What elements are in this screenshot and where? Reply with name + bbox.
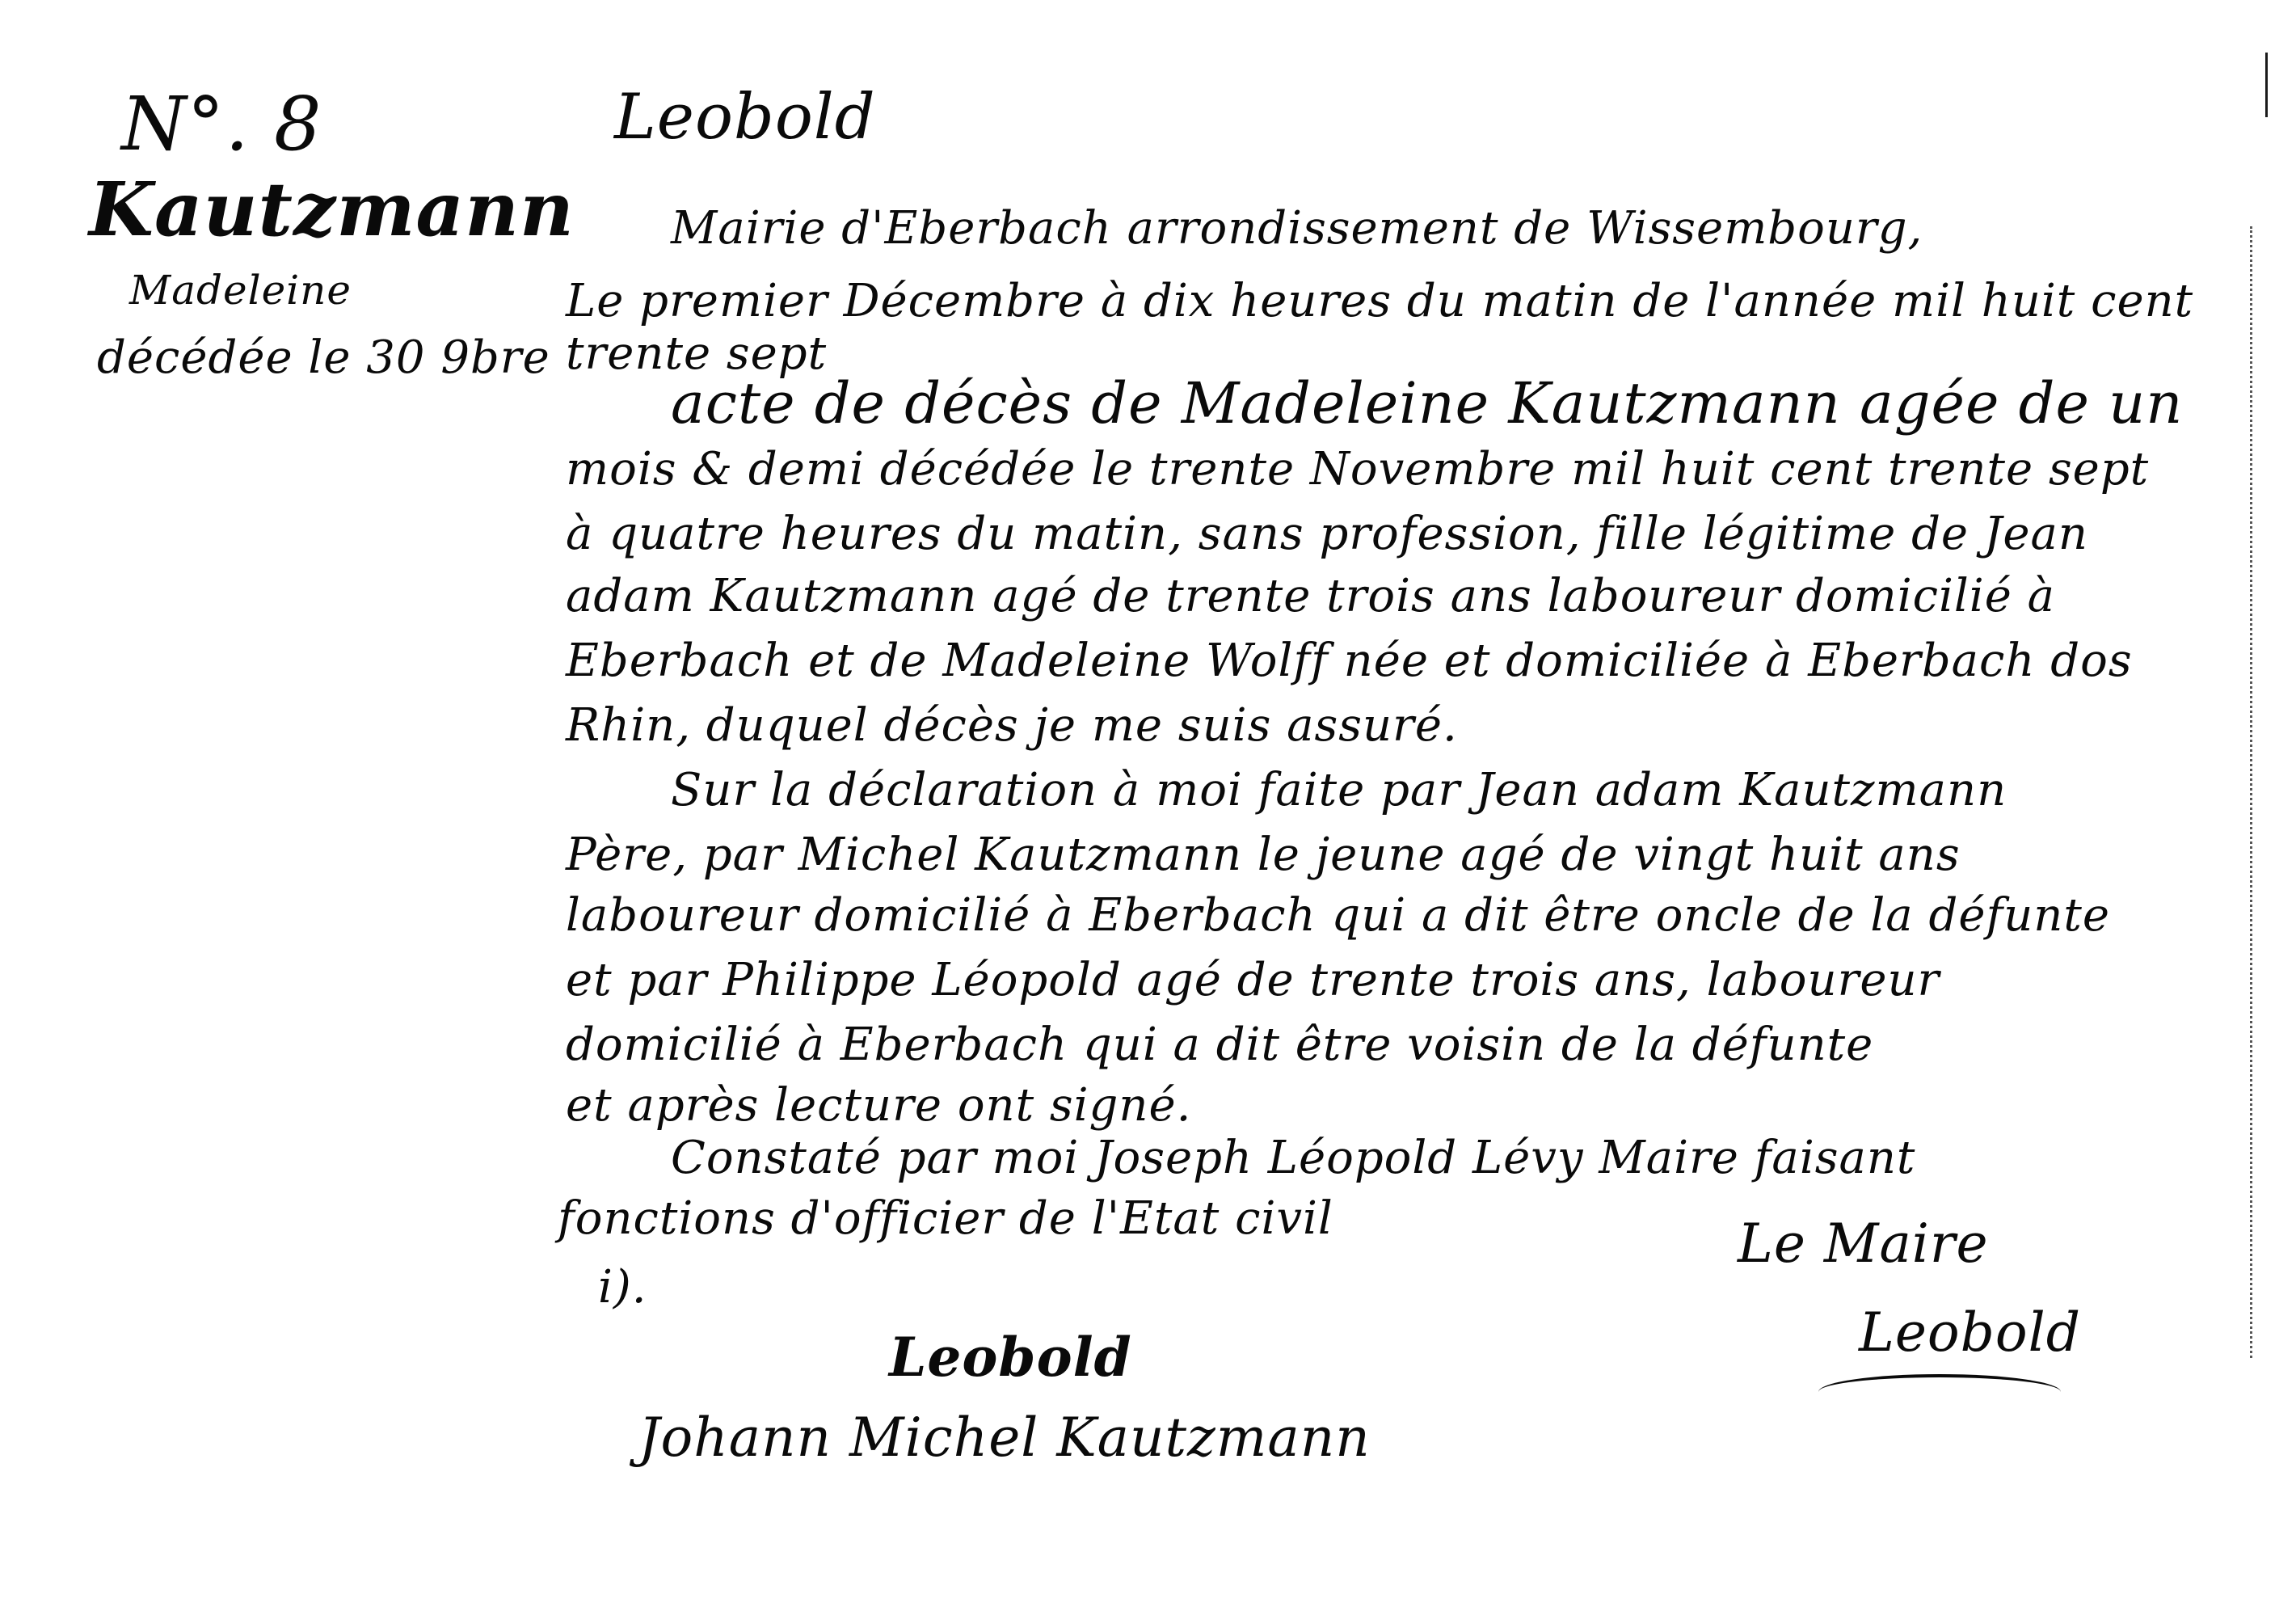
body-line-5: mois & demi décédée le trente Novembre m… <box>566 443 2149 496</box>
margin-death-date: décédée le 30 9bre <box>97 331 550 384</box>
margin-rule-top <box>2265 53 2268 77</box>
body-line-8: Eberbach et de Madeleine Wolff née et do… <box>566 635 2133 687</box>
body-line-1: Mairie d'Eberbach arrondissement de Wiss… <box>671 202 1923 255</box>
body-line-10: Sur la déclaration à moi faite par Jean … <box>671 764 2007 816</box>
margin-rule-top-2 <box>2265 77 2268 117</box>
entry-number: N°. 8 <box>121 81 322 167</box>
body-line-15: et après lecture ont signé. <box>566 1079 1191 1132</box>
margin-given-name: Madeleine <box>129 267 352 314</box>
mayor-title: Le Maire <box>1738 1212 1989 1275</box>
stray-mark: i). <box>598 1261 647 1314</box>
body-line-4: acte de décès de Madeleine Kautzmann agé… <box>671 370 2183 436</box>
mayor-signature: Leobold <box>1859 1301 2081 1364</box>
signature-flourish <box>1818 1374 2061 1410</box>
body-line-7: adam Kautzmann agé de trente trois ans l… <box>566 570 2055 622</box>
body-line-17: fonctions d'officier de l'Etat civil <box>558 1192 1333 1245</box>
body-line-14: domicilié à Eberbach qui a dit être vois… <box>566 1018 1873 1071</box>
body-line-12: laboureur domicilié à Eberbach qui a dit… <box>566 889 2110 942</box>
body-line-9: Rhin, duquel décès je me suis assuré. <box>566 699 1458 752</box>
margin-surname: Kautzmann <box>89 166 575 253</box>
body-line-2: Le premier Décembre à dix heures du mati… <box>566 275 2193 327</box>
document-page: N°. 8 Kautzmann Madeleine décédée le 30 … <box>0 0 2296 1611</box>
body-line-16: Constaté par moi Joseph Léopold Lévy Mai… <box>671 1132 1915 1184</box>
body-line-13: et par Philippe Léopold agé de trente tr… <box>566 954 1940 1006</box>
body-line-11: Père, par Michel Kautzmann le jeune agé … <box>566 829 1961 881</box>
witness-signature-1: Leobold <box>889 1326 1132 1389</box>
witness-signature-2: Johann Michel Kautzmann <box>638 1406 1371 1469</box>
header-signature: Leobold <box>614 81 876 154</box>
dotted-margin-rule <box>2250 226 2252 1358</box>
body-line-6: à quatre heures du matin, sans professio… <box>566 508 2088 560</box>
